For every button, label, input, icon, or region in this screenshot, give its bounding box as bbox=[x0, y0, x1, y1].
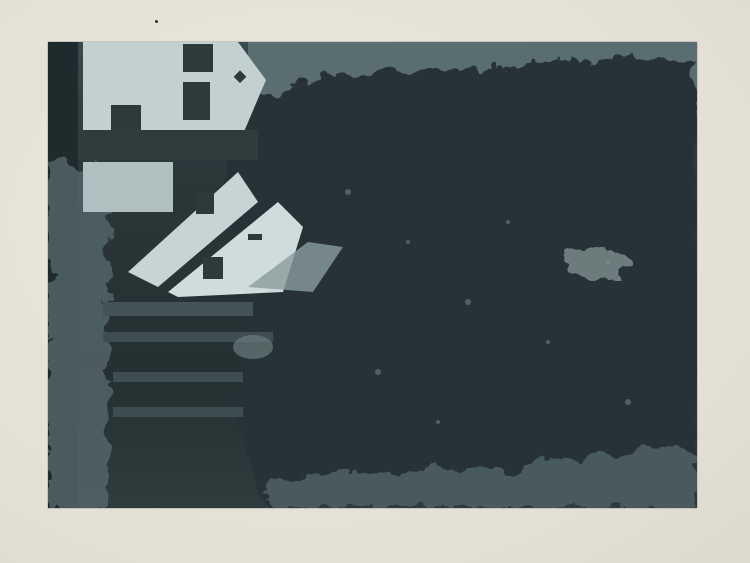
photo-print bbox=[48, 42, 697, 508]
paper-speck bbox=[155, 20, 158, 23]
photo-scene bbox=[48, 42, 697, 508]
